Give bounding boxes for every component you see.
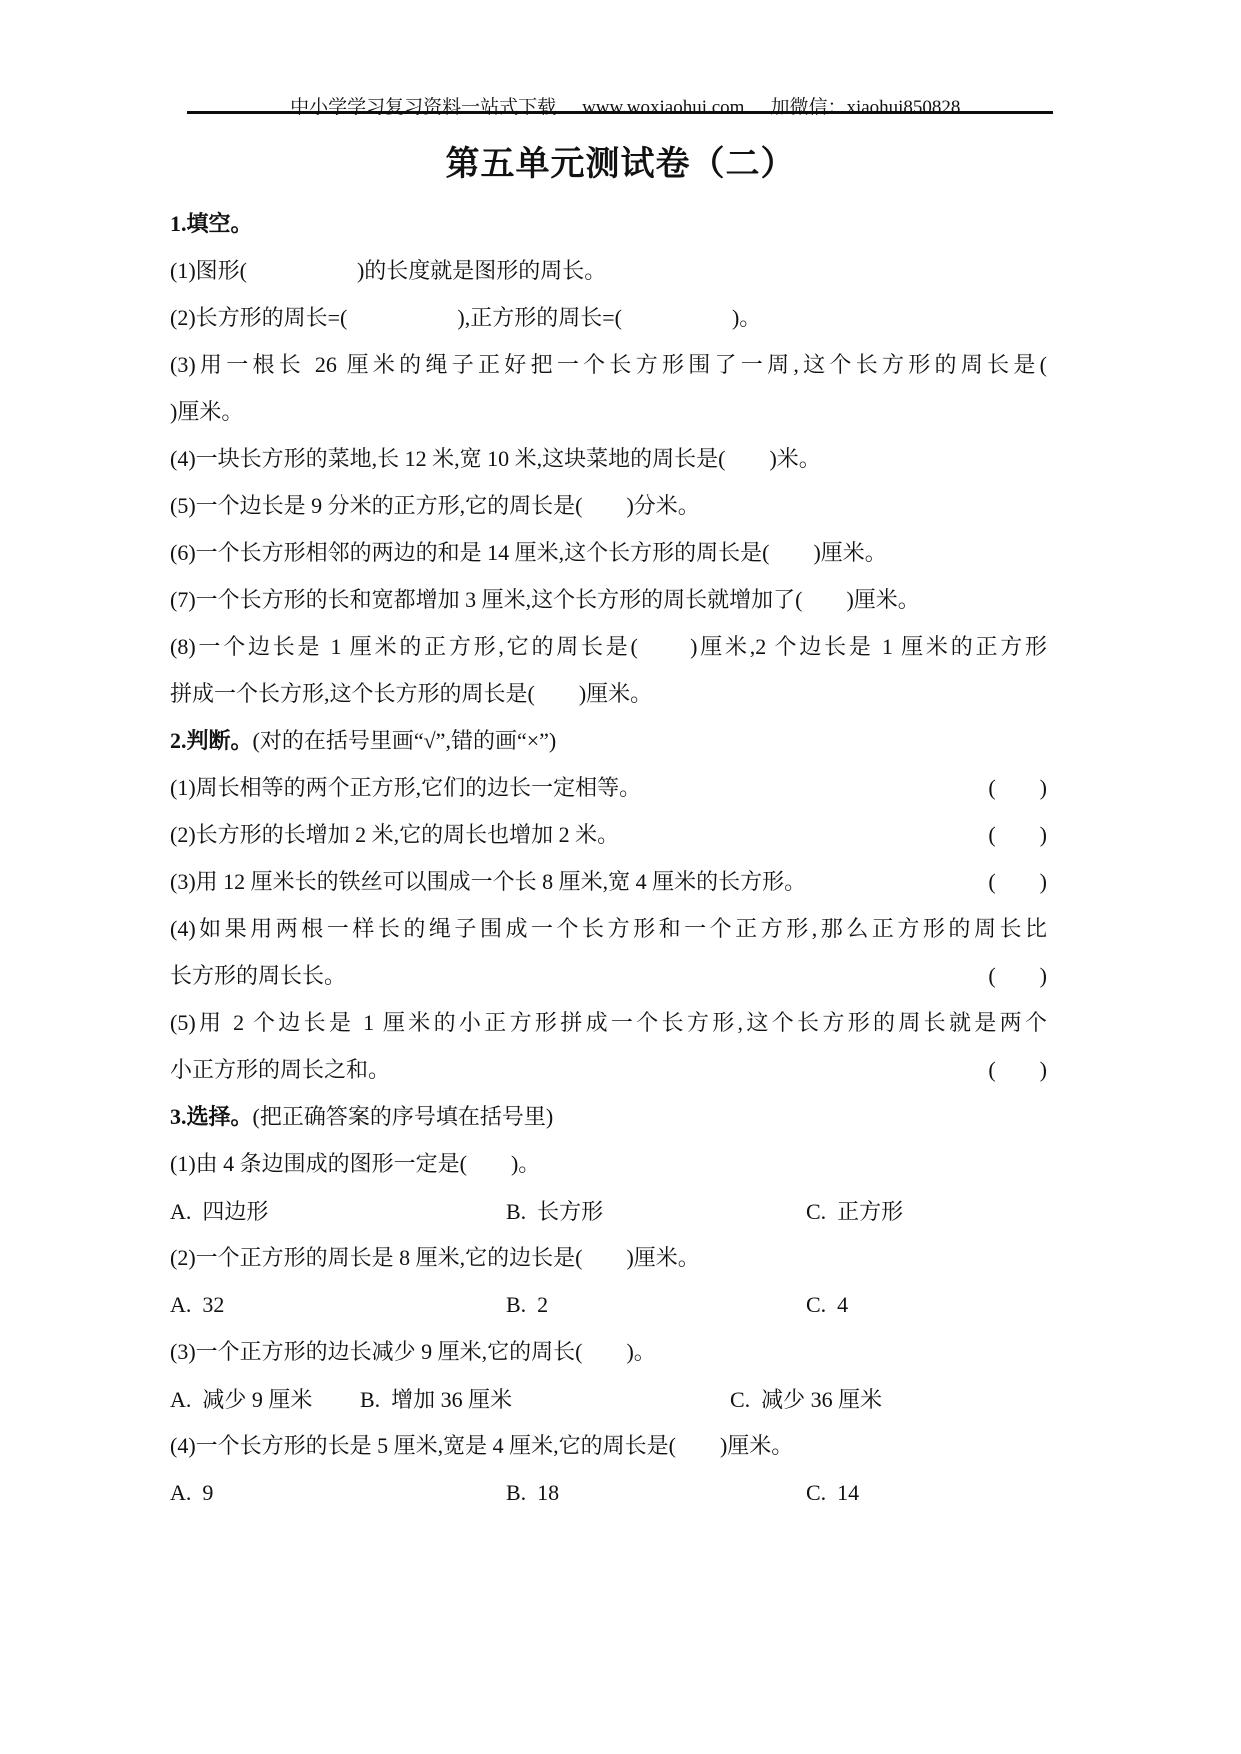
fill-item-line: (3)用一根长 26 厘米的绳子正好把一个长方形围了一周,这个长方形的周长是( <box>170 341 1047 388</box>
judge-item-text: 小正方形的周长之和。 <box>170 1046 390 1093</box>
judge-item: (2)长方形的长增加 2 米,它的周长也增加 2 米。 ( ) <box>170 811 1047 858</box>
fill-item-line: (4)一块长方形的菜地,长 12 米,宽 10 米,这块菜地的周长是( )米。 <box>170 435 1047 482</box>
choice-option: A. 减少 9 厘米 <box>170 1383 360 1414</box>
judge-item-text: (2)长方形的长增加 2 米,它的周长也增加 2 米。 <box>170 811 619 858</box>
fill-item-line: (6)一个长方形相邻的两边的和是 14 厘米,这个长方形的周长是( )厘米。 <box>170 529 1047 576</box>
choice-options-row: A. 32 B. 2 C. 4 <box>170 1281 1047 1328</box>
judge-item-text: (4)如果用两根一样长的绳子围成一个长方形和一个正方形,那么正方形的周长比 <box>170 905 1047 952</box>
header-divider <box>187 111 1053 114</box>
choice-options-row: A. 减少 9 厘米 B. 增加 36 厘米 C. 减少 36 厘米 <box>170 1375 1047 1422</box>
page-title: 第五单元测试卷（二） <box>0 140 1241 190</box>
judge-item: 小正方形的周长之和。 ( ) <box>170 1046 1047 1093</box>
section-judge-heading-note: (对的在括号里画“√”,错的画“×”) <box>253 728 557 753</box>
section-choice-heading: 3.选择。(把正确答案的序号填在括号里) <box>170 1093 1047 1140</box>
judge-item: 长方形的周长长。 ( ) <box>170 952 1047 999</box>
header-site-label: 中小学学习复习资料一站式下载 <box>290 97 556 118</box>
paper-body: 1.填空。 (1)图形( )的长度就是图形的周长。 (2)长方形的周长=( ),… <box>170 200 1047 1516</box>
judge-item-text: (3)用 12 厘米长的铁丝可以围成一个长 8 厘米,宽 4 厘米的长方形。 <box>170 858 806 905</box>
choice-option: B. 长方形 <box>506 1195 806 1226</box>
choice-options-row: A. 四边形 B. 长方形 C. 正方形 <box>170 1187 1047 1234</box>
choice-option: B. 增加 36 厘米 <box>360 1383 730 1414</box>
choice-option: C. 减少 36 厘米 <box>730 1383 1047 1414</box>
answer-bracket: ( ) <box>988 1046 1047 1093</box>
fill-item-line: (5)一个边长是 9 分米的正方形,它的周长是( )分米。 <box>170 482 1047 529</box>
section-fill-heading: 1.填空。 <box>170 200 1047 247</box>
judge-item-text: 长方形的周长长。 <box>170 952 346 999</box>
test-paper-page: { "header": { "site_label": "中小学学习复习资料一站… <box>0 0 1241 1754</box>
answer-bracket: ( ) <box>988 811 1047 858</box>
choice-option: B. 2 <box>506 1292 806 1318</box>
section-judge-heading-number: 2.判断。 <box>170 728 253 753</box>
choice-option: B. 18 <box>506 1480 806 1506</box>
choice-option: C. 14 <box>806 1480 1047 1506</box>
fill-item-line: (2)长方形的周长=( ),正方形的周长=( )。 <box>170 294 1047 341</box>
section-choice-heading-number: 3.选择。 <box>170 1104 253 1129</box>
answer-bracket: ( ) <box>988 764 1047 811</box>
choice-question: (1)由 4 条边围成的图形一定是( )。 <box>170 1140 1047 1187</box>
fill-item-line: )厘米。 <box>170 388 1047 435</box>
header-url: www.woxiaohui.com <box>582 97 744 118</box>
choice-option: A. 32 <box>170 1292 506 1318</box>
fill-item-line: (1)图形( )的长度就是图形的周长。 <box>170 247 1047 294</box>
judge-item: (1)周长相等的两个正方形,它们的边长一定相等。 ( ) <box>170 764 1047 811</box>
fill-item-line: (8)一个边长是 1 厘米的正方形,它的周长是( )厘米,2 个边长是 1 厘米… <box>170 623 1047 670</box>
choice-option: A. 四边形 <box>170 1195 506 1226</box>
choice-question: (4)一个长方形的长是 5 厘米,宽是 4 厘米,它的周长是( )厘米。 <box>170 1422 1047 1469</box>
answer-bracket: ( ) <box>988 858 1047 905</box>
judge-item: (3)用 12 厘米长的铁丝可以围成一个长 8 厘米,宽 4 厘米的长方形。 (… <box>170 858 1047 905</box>
choice-question: (2)一个正方形的周长是 8 厘米,它的边长是( )厘米。 <box>170 1234 1047 1281</box>
choice-question: (3)一个正方形的边长减少 9 厘米,它的周长( )。 <box>170 1328 1047 1375</box>
section-judge-heading: 2.判断。(对的在括号里画“√”,错的画“×”) <box>170 717 1047 764</box>
fill-item-line: 拼成一个长方形,这个长方形的周长是( )厘米。 <box>170 670 1047 717</box>
choice-option: C. 4 <box>806 1292 1047 1318</box>
fill-item-line: (7)一个长方形的长和宽都增加 3 厘米,这个长方形的周长就增加了( )厘米。 <box>170 576 1047 623</box>
header-wechat-label: 加微信：xiaohui850828 <box>770 97 960 118</box>
judge-item-text: (5)用 2 个边长是 1 厘米的小正方形拼成一个长方形,这个长方形的周长就是两… <box>170 999 1047 1046</box>
section-choice-heading-note: (把正确答案的序号填在括号里) <box>253 1104 554 1129</box>
choice-option: C. 正方形 <box>806 1195 1047 1226</box>
choice-options-row: A. 9 B. 18 C. 14 <box>170 1469 1047 1516</box>
answer-bracket: ( ) <box>988 952 1047 999</box>
choice-option: A. 9 <box>170 1480 506 1506</box>
judge-item-text: (1)周长相等的两个正方形,它们的边长一定相等。 <box>170 764 641 811</box>
